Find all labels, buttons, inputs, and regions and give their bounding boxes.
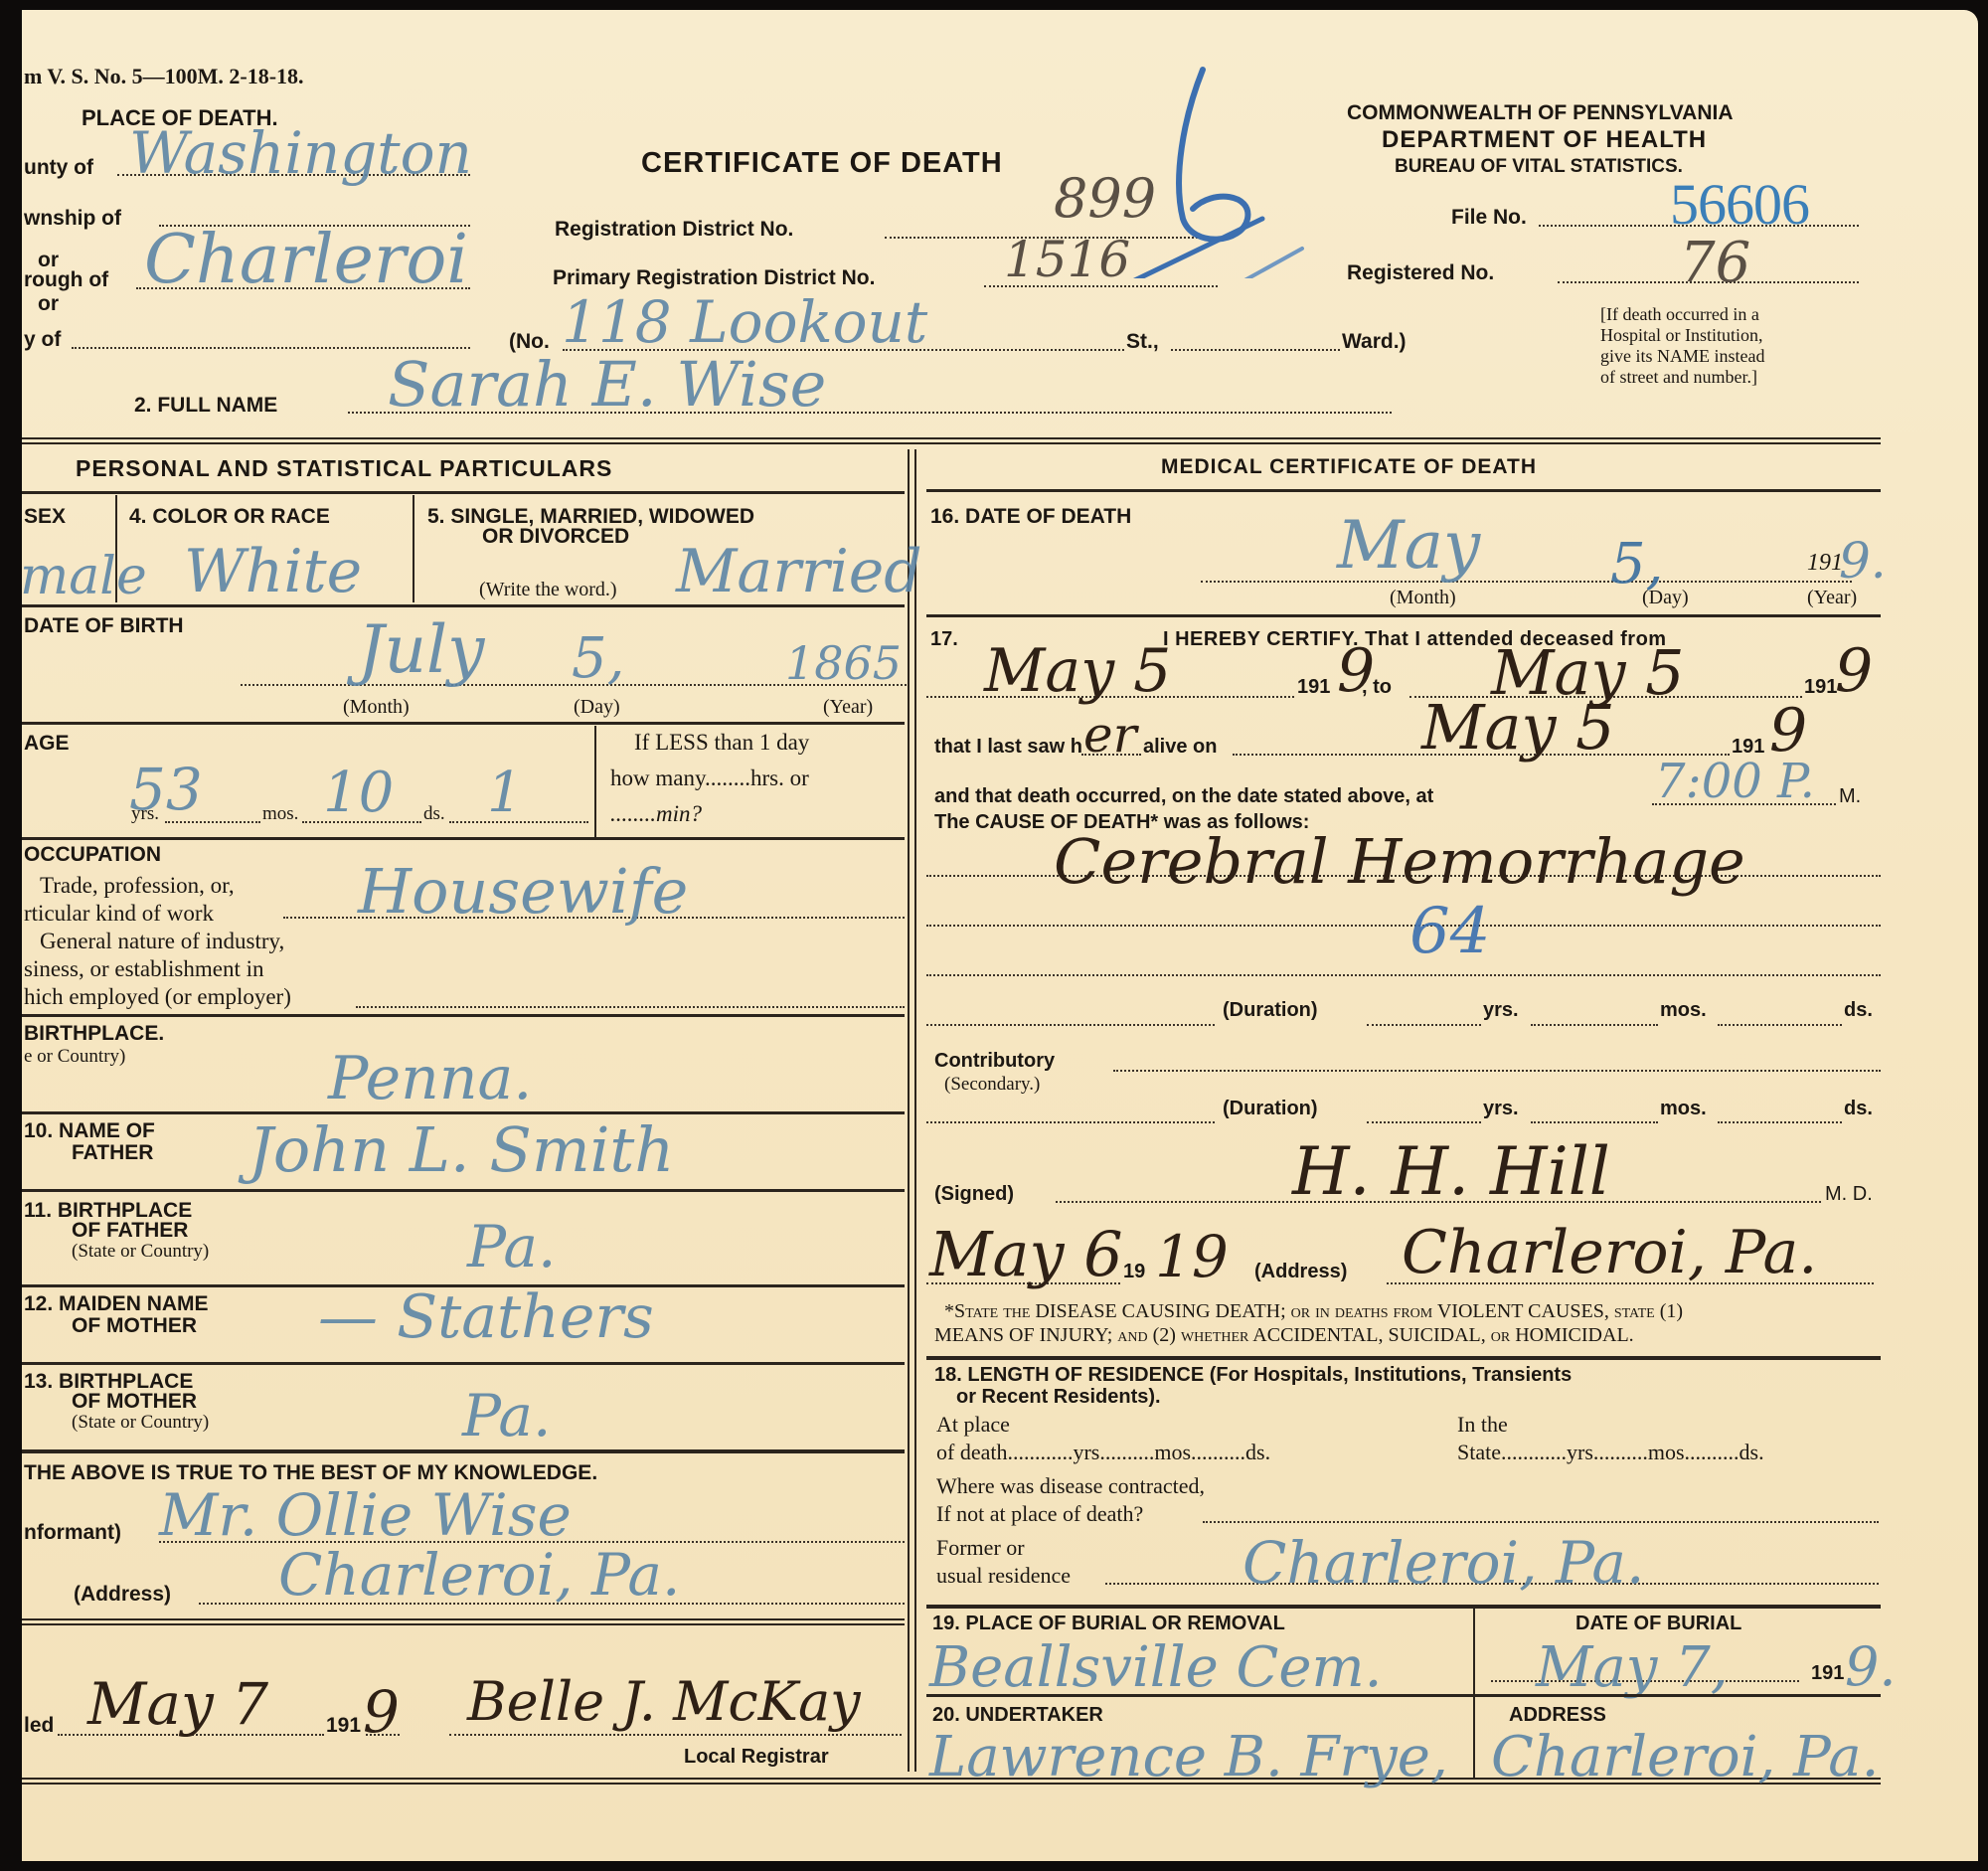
mother-birthplace-value: Pa. — [462, 1382, 551, 1449]
burial-date-value: May 7, — [1536, 1635, 1729, 1700]
to-label: , to — [1362, 676, 1392, 699]
less-than-day-3: ........min? — [610, 801, 702, 827]
mother-maiden-label-2: OF MOTHER — [72, 1314, 197, 1338]
dod-month-caption: (Month) — [1390, 587, 1456, 609]
mother-maiden-label-1: 12. MAIDEN NAME — [24, 1292, 209, 1316]
medical-section-title: MEDICAL CERTIFICATE OF DEATH — [1161, 455, 1537, 479]
signed-date: May 6 — [929, 1218, 1123, 1290]
row-rule — [926, 1356, 1881, 1360]
borough-label: rough of — [24, 268, 108, 292]
color-value: White — [184, 537, 362, 606]
filed-date: May 7 — [87, 1670, 268, 1738]
disease-contracted-2: If not at place of death? — [936, 1501, 1143, 1527]
header-divider — [22, 437, 1881, 444]
burial-year-prefix: 191 — [1811, 1662, 1844, 1685]
street-label: St., — [1126, 330, 1159, 354]
row-rule — [22, 1014, 905, 1017]
filed-label: led — [24, 1714, 54, 1738]
age-yrs-line — [165, 821, 260, 823]
ward-label: Ward.) — [1342, 330, 1407, 354]
mother-maiden-value: — Stathers — [318, 1282, 654, 1352]
agency-line-1: COMMONWEALTH OF PENNSYLVANIA — [1347, 101, 1733, 125]
column-divider-right — [914, 449, 916, 1772]
occupation-line-3: General nature of industry, — [40, 929, 284, 954]
last-saw-label: that I last saw h — [934, 736, 1082, 759]
age-days: 1 — [487, 761, 523, 825]
cause-code: 64 — [1409, 895, 1490, 968]
residence-label-2: or Recent Residents). — [956, 1386, 1161, 1409]
signed-year-suffix: 19 — [1155, 1223, 1229, 1290]
less-than-day-2: how many........hrs. or — [610, 765, 809, 791]
physician-address: Charleroi, Pa. — [1402, 1218, 1817, 1287]
street-value: 118 Lookout — [562, 288, 927, 356]
disease-contracted-line — [1203, 1521, 1879, 1523]
dod-line — [1201, 581, 1852, 583]
burial-date-label: DATE OF BURIAL — [1575, 1613, 1741, 1635]
signed-label: (Signed) — [934, 1183, 1014, 1206]
age-mos-caption: mos. — [262, 803, 298, 825]
dob-year-caption: (Year) — [823, 696, 873, 719]
informant-address-label: (Address) — [74, 1583, 171, 1607]
alive-on-label: alive on — [1143, 736, 1217, 759]
row-rule — [22, 1362, 905, 1365]
dob-label: DATE OF BIRTH — [24, 614, 184, 638]
physician-signature: H. H. Hill — [1292, 1133, 1610, 1210]
row-rule — [22, 722, 905, 725]
crayon-mark-icon — [1113, 60, 1352, 278]
registered-no-label: Registered No. — [1347, 261, 1494, 285]
dod-year-suffix: 9. — [1839, 532, 1887, 590]
county-value: Washington — [129, 119, 472, 187]
filed-year-prefix: 191 — [326, 1714, 361, 1738]
duration-ds-line — [1718, 1024, 1842, 1026]
occupation-line-5: hich employed (or employer) — [24, 984, 291, 1010]
death-time-suffix: M. — [1839, 785, 1861, 808]
dod-year-prefix: 191 — [1807, 550, 1843, 577]
contributory-yrs: yrs. — [1483, 1098, 1519, 1120]
marital-label-2: OR DIVORCED — [482, 525, 629, 549]
former-residence-value: Charleroi, Pa. — [1242, 1529, 1644, 1597]
dob-day-caption: (Day) — [574, 696, 620, 719]
age-months: 10 — [323, 761, 394, 825]
form-code: m V. S. No. 5—100M. 2-18-18. — [24, 64, 304, 89]
father-name-label-1: 10. NAME OF — [24, 1119, 155, 1143]
disease-contracted-1: Where was disease contracted, — [936, 1473, 1205, 1499]
contributory-line — [1113, 1070, 1881, 1072]
in-state-2: State............yrs..........mos.......… — [1457, 1440, 1764, 1465]
dob-month-caption: (Month) — [343, 696, 410, 719]
color-marital-divider — [413, 495, 414, 602]
father-birthplace-hint: (State or Country) — [72, 1241, 209, 1263]
duration-yrs-line — [1367, 1024, 1481, 1026]
duration-mos-line — [1531, 1024, 1658, 1026]
file-no-label: File No. — [1451, 206, 1527, 230]
death-time-label: and that death occurred, on the date sta… — [934, 785, 1433, 808]
hospital-note: [If death occurred in a Hospital or Inst… — [1600, 304, 1829, 388]
marital-hint: (Write the word.) — [479, 579, 617, 601]
contributory-mos: mos. — [1660, 1098, 1707, 1120]
ward-line — [1171, 349, 1340, 351]
primary-registration-district-label: Primary Registration District No. — [553, 266, 875, 290]
medical-title-rule — [926, 489, 1881, 492]
county-label: unty of — [24, 156, 93, 180]
row-rule — [926, 614, 1881, 617]
occupation-label: OCCUPATION — [24, 843, 161, 867]
age-ds-line — [449, 821, 588, 823]
mother-birthplace-label-2: OF MOTHER — [72, 1390, 197, 1414]
burial-place-label: 19. PLACE OF BURIAL OR REMOVAL — [932, 1613, 1285, 1635]
undertaker-address-value: Charleroi, Pa. — [1491, 1725, 1879, 1789]
contributory-label: Contributory — [934, 1050, 1055, 1073]
agency-line-2: DEPARTMENT OF HEALTH — [1382, 126, 1707, 154]
dod-year-caption: (Year) — [1807, 587, 1857, 609]
registrar-signature: Belle J. McKay — [467, 1670, 861, 1733]
occupation-line-1: Trade, profession, or, — [40, 873, 235, 899]
personal-title-rule — [22, 491, 905, 494]
in-state-1: In the — [1457, 1412, 1508, 1438]
undertaker-address-label: ADDRESS — [1509, 1704, 1606, 1727]
md-label: M. D. — [1825, 1183, 1873, 1206]
duration-mos: mos. — [1660, 999, 1707, 1022]
birthplace-label: BIRTHPLACE. — [24, 1022, 164, 1046]
footnote-2: MEANS OF INJURY; and (2) whether ACCIDEN… — [934, 1324, 1634, 1347]
color-label: 4. COLOR OR RACE — [129, 505, 330, 529]
attended-to-year-prefix: 191 — [1804, 676, 1837, 699]
column-divider-left — [908, 449, 910, 1772]
burial-year-suffix: 9. — [1845, 1635, 1897, 1698]
registrar-signature-line — [449, 1734, 902, 1736]
father-birthplace-value: Pa. — [467, 1213, 556, 1280]
informant-value: Mr. Ollie Wise — [159, 1481, 572, 1549]
duration-yrs: yrs. — [1483, 999, 1519, 1022]
contributory-ds: ds. — [1844, 1098, 1873, 1120]
physician-address-label: (Address) — [1254, 1261, 1347, 1283]
contributory-ds-line — [1718, 1121, 1842, 1123]
contributory-hint: (Secondary.) — [944, 1074, 1040, 1096]
attended-from: May 5 — [984, 636, 1171, 706]
dob-year: 1865 — [785, 636, 902, 690]
father-name-value: John L. Smith — [248, 1113, 674, 1186]
dob-day: 5, — [572, 626, 624, 691]
residence-label-1: 18. LENGTH OF RESIDENCE (For Hospitals, … — [934, 1364, 1572, 1387]
occupation-line-4: siness, or establishment in — [24, 956, 263, 982]
contributory-yrs-line — [1367, 1121, 1481, 1123]
contributory-duration-label: (Duration) — [1223, 1098, 1318, 1120]
registrar-label: Local Registrar — [684, 1746, 829, 1769]
registered-no-value: 76 — [1680, 231, 1750, 295]
primary-registration-district-value: 1516 — [1004, 231, 1130, 288]
row-rule — [22, 604, 905, 607]
attended-to-year-suffix: 9 — [1835, 636, 1873, 706]
hospital-note-line: give its NAME instead — [1600, 346, 1829, 367]
item17-label: 17. — [930, 628, 958, 651]
registration-district-label: Registration District No. — [555, 218, 793, 242]
at-place-2: of death............yrs..........mos....… — [936, 1440, 1270, 1465]
certificate-title: CERTIFICATE OF DEATH — [641, 147, 1003, 180]
cause-line-2 — [926, 925, 1881, 927]
personal-section-title: PERSONAL AND STATISTICAL PARTICULARS — [76, 455, 612, 482]
age-label: AGE — [24, 732, 70, 756]
former-residence-2: usual residence — [936, 1563, 1071, 1589]
undertaker-value: Lawrence B. Frye, — [929, 1725, 1448, 1789]
file-no-stamp: 56606 — [1670, 171, 1809, 238]
dod-month: May — [1337, 507, 1480, 584]
full-name-label: 2. FULL NAME — [134, 394, 277, 418]
hospital-note-line: Hospital or Institution, — [1600, 325, 1829, 346]
cause-value: Cerebral Hemorrhage — [1054, 825, 1745, 898]
birthplace-value: Penna. — [328, 1044, 532, 1113]
sex-label: SEX — [24, 505, 66, 529]
row-rule — [22, 1449, 905, 1453]
hospital-note-line: of street and number.] — [1600, 367, 1829, 388]
mother-birthplace-hint: (State or Country) — [72, 1412, 209, 1434]
dod-day-caption: (Day) — [1642, 587, 1689, 609]
agency-line-3: BUREAU OF VITAL STATISTICS. — [1395, 156, 1683, 178]
signed-year-prefix: 19 — [1123, 1261, 1145, 1283]
last-saw-date: May 5 — [1421, 691, 1615, 764]
row-rule — [926, 1605, 1881, 1609]
undertaker-label: 20. UNDERTAKER — [932, 1704, 1103, 1727]
or-label-2: or — [38, 292, 59, 316]
filed-year-suffix: 9 — [363, 1678, 400, 1746]
age-mos-line — [302, 821, 421, 823]
city-label: y of — [24, 328, 61, 352]
age-yrs-caption: yrs. — [131, 803, 159, 825]
footnote-1: *State the DISEASE CAUSING DEATH; or in … — [944, 1300, 1683, 1323]
less-than-day-1: If LESS than 1 day — [634, 730, 809, 756]
age-ds-caption: ds. — [423, 803, 445, 825]
full-name-value: Sarah E. Wise — [388, 348, 826, 421]
sex-value: male — [20, 547, 147, 606]
informant-address-value: Charleroi, Pa. — [278, 1541, 680, 1609]
row-rule — [22, 837, 905, 840]
row-rule — [926, 1694, 1881, 1697]
attended-from-year-prefix: 191 — [1297, 676, 1330, 699]
occupation-line-2: rticular kind of work — [24, 901, 214, 927]
row-rule — [22, 1189, 905, 1192]
township-label: wnship of — [24, 207, 121, 231]
contributory-mos-line — [1531, 1121, 1658, 1123]
row-rule — [22, 1618, 905, 1625]
duration-line — [926, 1024, 1215, 1026]
duration-ds: ds. — [1844, 999, 1873, 1022]
last-saw-pronoun: er — [1083, 706, 1137, 764]
father-name-label-2: FATHER — [72, 1141, 153, 1165]
dob-month: July — [358, 611, 484, 688]
burial-column-divider — [1473, 1607, 1475, 1778]
contributory-duration-line — [926, 1121, 1215, 1123]
age-less-divider — [594, 726, 596, 837]
informant-label: nformant) — [24, 1521, 121, 1545]
duration-label: (Duration) — [1223, 999, 1318, 1022]
marital-value: Married — [676, 537, 922, 606]
industry-line — [356, 1006, 905, 1008]
father-birthplace-label-2: OF FATHER — [72, 1219, 188, 1243]
former-residence-1: Former or — [936, 1535, 1025, 1561]
borough-value: Charleroi — [144, 221, 468, 299]
cause-line-3 — [926, 974, 1881, 976]
birthplace-hint: e or Country) — [24, 1046, 125, 1068]
hospital-note-line: [If death occurred in a — [1600, 304, 1829, 325]
burial-place-value: Beallsville Cem. — [929, 1635, 1382, 1700]
at-place-1: At place — [936, 1412, 1010, 1438]
occupation-value: Housewife — [358, 855, 688, 928]
dod-label: 16. DATE OF DEATH — [930, 505, 1131, 529]
death-time-value: 7:00 P. — [1655, 754, 1815, 809]
